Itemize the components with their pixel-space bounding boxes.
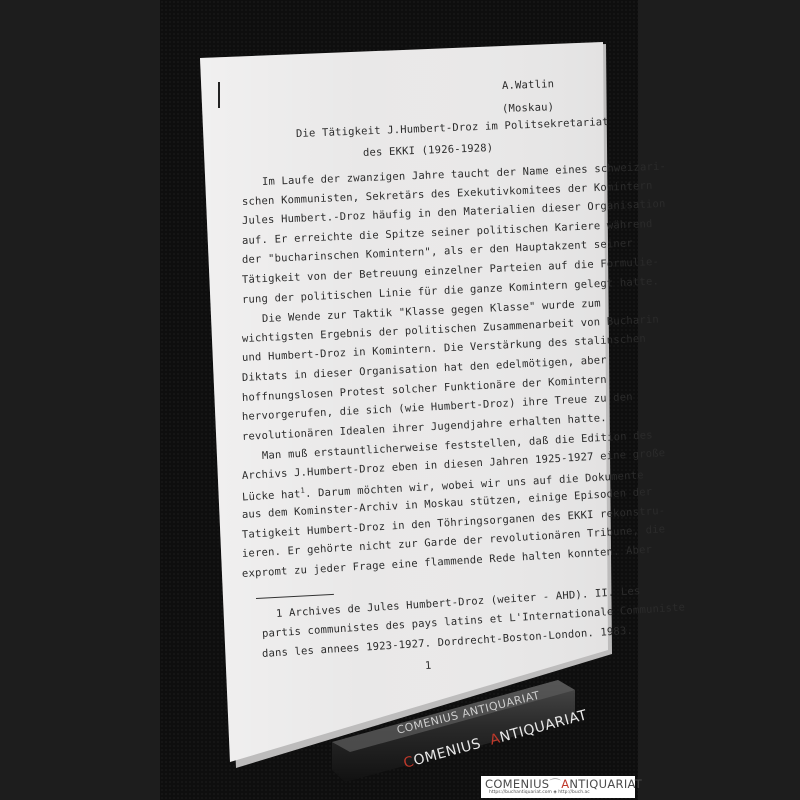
document-page: A.Watlin (Moskau) Die Tätigkeit J.Humber… [0,0,800,800]
document-title-line-2: des EKKI (1926-1928) [363,142,494,159]
author-location: (Moskau) [502,101,555,115]
watermark-logo: COMENIUS⌒ANTIQUARIAT https://buchantiqua… [481,776,635,798]
footnote-rule [256,594,334,599]
document-title-line-1: Die Tätigkeit J.Humbert-Droz im Politsek… [296,116,609,140]
author-name: A.Watlin [502,78,555,92]
watermark-urls: https://buchantiquariat.com ◈ http://buc… [489,790,590,795]
page-number: 1 [425,660,432,672]
